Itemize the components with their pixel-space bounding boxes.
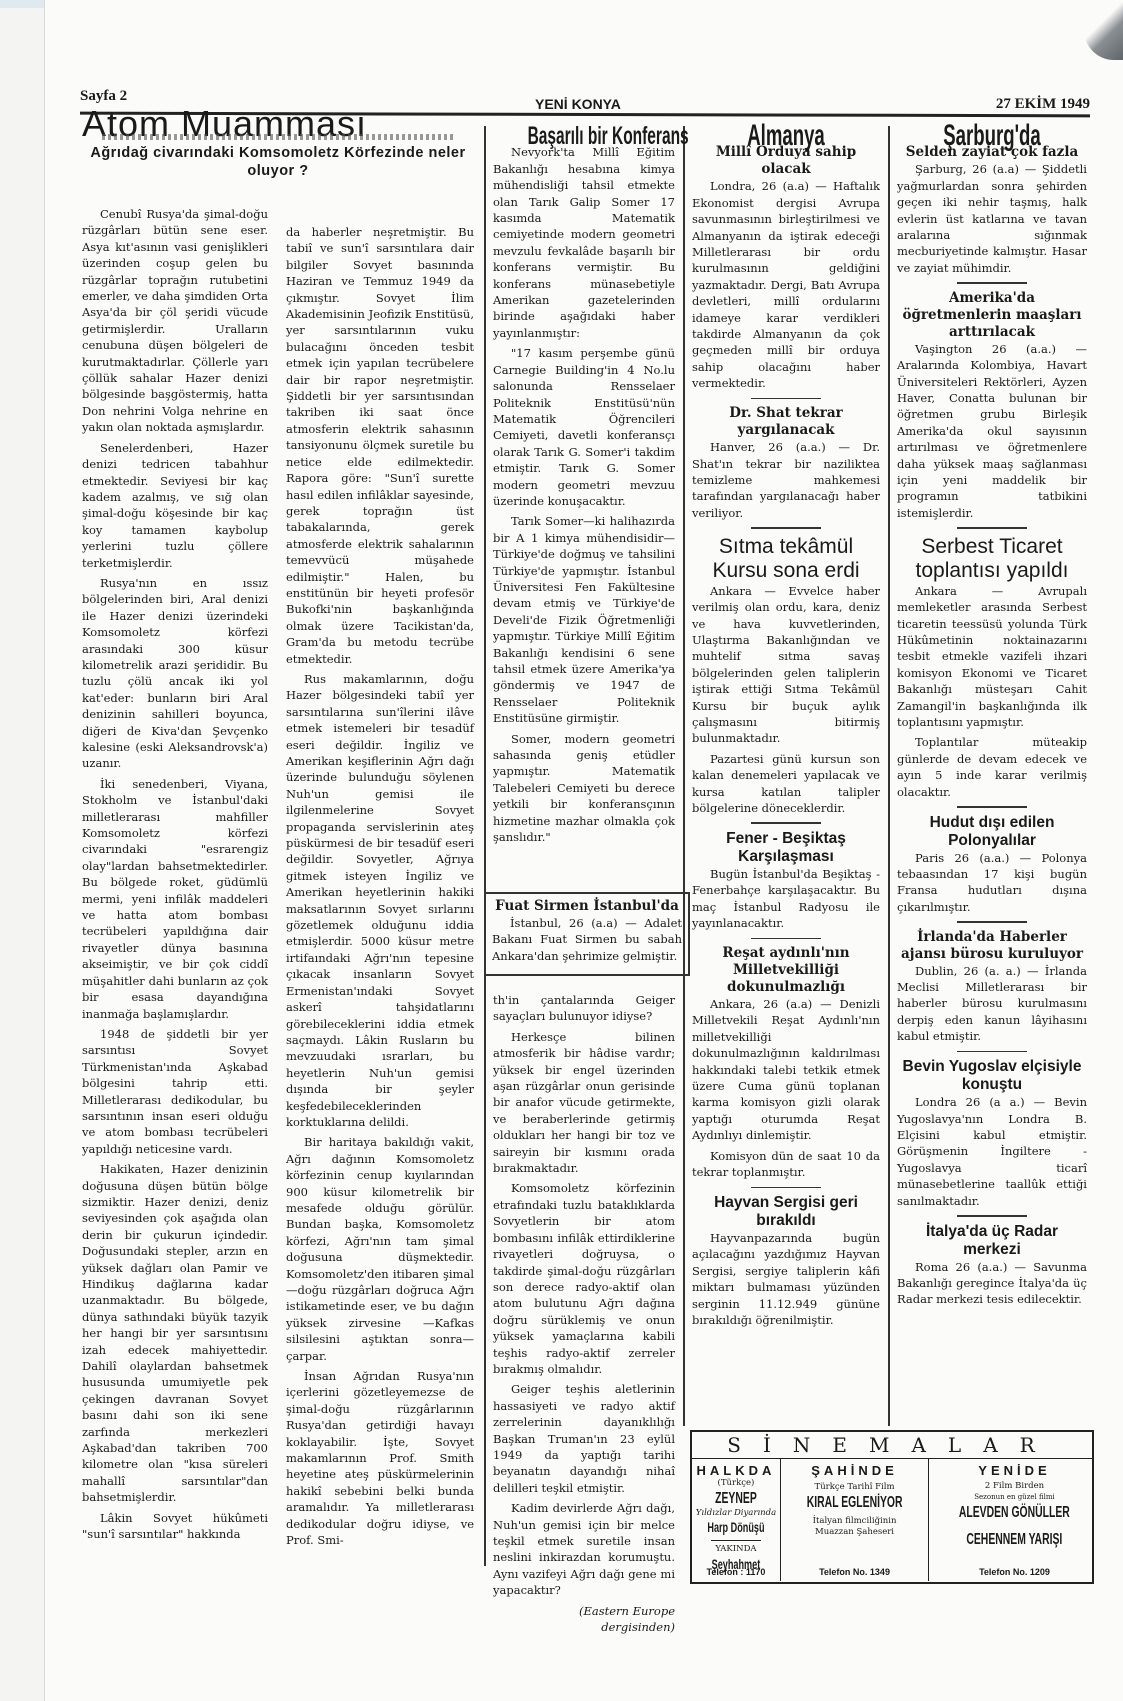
film-title: KIRAL EGLENİYOR <box>807 1493 903 1512</box>
paragraph: Rus makamlarının, doğu Hazer bölgesindek… <box>286 671 474 1130</box>
column-divider <box>683 126 685 1426</box>
paragraph: 1948 de şiddetli bir yer sarsıntısı Sovy… <box>82 1026 268 1157</box>
page-curl-shadow <box>1084 0 1123 60</box>
paragraph: Cenubî Rusya'da şimal-doğu rüzgârları bü… <box>82 206 268 436</box>
paragraph: da haberler neşretmiştir. Bu tabiî ve su… <box>286 224 474 667</box>
paragraph: Ankara — Avrupalı memleketler arasında S… <box>897 583 1087 731</box>
separator <box>711 1540 761 1541</box>
film-title: Harp Dönüşü <box>707 1518 764 1537</box>
film-promo: 2 Film Birden <box>929 1481 1100 1492</box>
atom-article-header: Atom Muamması Ağrıdağ civarındaki Komsom… <box>82 116 474 180</box>
cinema-phone: Telefon No. 1209 <box>929 1567 1100 1577</box>
separator <box>957 527 1027 529</box>
paragraph: Komsomoletz körfezinin etrafındaki tuzlu… <box>493 1180 675 1377</box>
atom-column-1: Cenubî Rusya'da şimal-doğu rüzgârları bü… <box>82 206 268 1547</box>
paragraph: Ankara, 26 (a.a) — Denizli Milletvekili … <box>692 996 880 1144</box>
sirmen-article: Fuat Sirmen İstanbul'da İstanbul, 26 (a.… <box>486 892 690 976</box>
separator <box>751 527 821 529</box>
serbest-title: Serbest Ticaret toplantısı yapıldı <box>897 535 1087 583</box>
cinema-sahin: ŞAHİNDE Türkçe Tarihî Film KIRAL EGLENİY… <box>781 1459 929 1581</box>
paragraph: Roma 26 (a.a.) — Savunma Bakanlığı gereg… <box>897 1259 1087 1308</box>
film-description: İtalyan filmciliğinin <box>781 1516 928 1527</box>
paragraph: th'in çantalarında Geiger sayaçları bulu… <box>493 992 675 1025</box>
film-tagline: Yıldızlar Diyarında <box>692 1508 780 1518</box>
paragraph: Geiger teşhis aletlerinin hassasiyeti ve… <box>493 1381 675 1496</box>
paragraph: Nevyork'ta Millî Eğitim Bakanlığı hesabı… <box>493 144 675 341</box>
paragraph: Londra 26 (a a.) — Bevin Yugoslavya'nın … <box>897 1094 1087 1209</box>
paragraph: Lâkin Sovyet hükûmeti "sun'î sarsıntılar… <box>82 1510 268 1543</box>
issue-date: 27 EKİM 1949 <box>996 96 1090 113</box>
cinema-name: YENİDE <box>929 1463 1100 1478</box>
atom-source: (Eastern Europe dergisinden) <box>493 1603 675 1636</box>
paper-name: YENİ KONYA <box>535 96 621 112</box>
film-title: ALEVDEN GÖNÜLLER <box>959 1503 1070 1522</box>
cinema-phone: Telefon : 1170 <box>692 1567 780 1577</box>
paragraph: Bir haritaya bakıldığı vakit, Ağrı dağın… <box>286 1134 474 1364</box>
sirmen-title: Fuat Sirmen İstanbul'da <box>492 898 682 915</box>
sitma-title: Sıtma tekâmül Kursu sona erdi <box>692 535 880 583</box>
separator <box>957 806 1027 808</box>
paragraph: Kadim devirlerde Ağrı dağı, Nuh'un gemis… <box>493 1500 675 1598</box>
paragraph: Bugün İstanbul'da Beşiktaş - Fenerbahçe … <box>692 866 880 932</box>
paragraph: Vaşington 26 (a.a.) — Aralarında Kolombi… <box>897 341 1087 521</box>
paragraph: Senelerdenberi, Hazer denizi tedricen ta… <box>82 440 268 571</box>
paragraph: Herkesçe bilinen atmosferik bir hâdise v… <box>493 1029 675 1177</box>
paragraph: Hanver, 26 (a.a.) — Dr. Shat'ın tekrar b… <box>692 439 880 521</box>
separator <box>751 1187 821 1189</box>
paragraph: Pazartesi günü kursun son kalan denemele… <box>692 751 880 817</box>
cinema-yeni: YENİDE 2 Film Birden Sezonun en güzel fi… <box>929 1459 1100 1581</box>
film-title: ZEYNEP <box>707 1489 764 1508</box>
shat-title: Dr. Shat tekrar yargılanacak <box>692 405 880 439</box>
konferans-article: Başarılı bir Konferans Nevyork'ta Millî … <box>493 126 675 849</box>
konferans-title: Başarılı bir Konferans <box>528 128 641 144</box>
paragraph: "17 kasım perşembe günü Carnegie Buildin… <box>493 345 675 509</box>
almanya-title: Almanya <box>728 128 845 144</box>
paragraph: Hayvanpazarında bugün açılacağını yazdığ… <box>692 1230 880 1328</box>
atom-subtitle: Ağrıdağ civarındaki Komsomoletz Körfezin… <box>82 144 474 180</box>
irlanda-title: İrlanda'da Haberler ajansı bürosu kurulu… <box>897 929 1087 963</box>
fener-title: Fener - Beşiktaş Karşılaşması <box>692 830 880 866</box>
separator <box>751 398 821 400</box>
column-divider <box>484 126 486 1566</box>
news-column-4: Almanya Millî Orduya sahip olacak Londra… <box>692 126 880 1332</box>
sarburg-title: Şarburg'da <box>933 128 1051 144</box>
atom-title: Atom Muamması <box>82 116 474 132</box>
cinema-halk: HALKDA (Türkçe) ZEYNEP Yıldızlar Diyarın… <box>692 1459 781 1581</box>
paragraph: İnsan Ağrıdan Rusya'nın içerlerini gözet… <box>286 1368 474 1548</box>
coming-soon-label: YAKINDA <box>692 1544 780 1555</box>
decorative-wavy-rule <box>102 134 454 140</box>
film-title: CEHENNEM YARIŞI <box>959 1530 1070 1549</box>
separator <box>957 1051 1027 1053</box>
paragraph: Hakikaten, Hazer denizinin doğusuna düşe… <box>82 1161 268 1506</box>
paragraph: İki senedenberi, Viyana, Stokholm ve İst… <box>82 776 268 1022</box>
italya-title: İtalya'da üç Radar merkezi <box>897 1223 1087 1259</box>
separator <box>957 1215 1027 1217</box>
column-divider <box>888 126 890 1426</box>
separator <box>957 282 1027 284</box>
film-promo: Sezonun en güzel filmi <box>929 1492 1100 1503</box>
paragraph: Tarık Somer—ki halihazırda bir A 1 kimya… <box>493 513 675 726</box>
paragraph: Dublin, 26 (a. a.) — İrlanda Meclisi Mil… <box>897 963 1087 1045</box>
separator <box>957 921 1027 923</box>
separator <box>751 822 821 824</box>
resat-title: Reşat aydınlı'nın Milletvekilliği dokunu… <box>692 945 880 996</box>
paragraph: Londra, 26 (a.a) — Haftalık Ekonomist de… <box>692 178 880 391</box>
bevin-title: Bevin Yugoslav elçisiyle konuştu <box>897 1058 1087 1094</box>
paragraph: Paris 26 (a.a.) — Polonya tebaasından 17… <box>897 850 1087 916</box>
paragraph: Ankara — Evvelce haber verilmiş olan ord… <box>692 583 880 747</box>
film-genre: Türkçe Tarihî Film <box>781 1482 928 1493</box>
cinema-phone: Telefon No. 1349 <box>781 1567 928 1577</box>
cinema-name: HALKDA <box>692 1463 780 1478</box>
atom-column-2: da haberler neşretmiştir. Bu tabiî ve su… <box>286 224 474 1553</box>
film-language: (Türkçe) <box>692 1478 780 1489</box>
separator <box>751 938 821 940</box>
cinema-box-title: SİNEMALAR <box>692 1432 1092 1459</box>
paragraph: Şarburg, 26 (a.a) — Şiddetli yağmurlarda… <box>897 161 1087 276</box>
hudut-title: Hudut dışı edilen Polonyalılar <box>897 814 1087 850</box>
atom-continuation: th'in çantalarında Geiger sayaçları bulu… <box>493 992 675 1639</box>
cinema-name: ŞAHİNDE <box>781 1463 928 1478</box>
film-description: Muazzan Şaheseri <box>781 1527 928 1538</box>
paragraph: Somer, modern geometri sahasında geniş e… <box>493 731 675 846</box>
paragraph: Komisyon dün de saat 10 da tekrar toplan… <box>692 1148 880 1181</box>
cinema-listings-box: SİNEMALAR HALKDA (Türkçe) ZEYNEP Yıldızl… <box>690 1430 1094 1584</box>
paragraph: İstanbul, 26 (a.a) — Adalet Bakanı Fuat … <box>492 915 682 964</box>
paragraph: Toplantılar müteakip günlerde de devam e… <box>897 734 1087 800</box>
paragraph: Rusya'nın en ıssız bölgelerinden biri, A… <box>82 575 268 772</box>
amerika-title: Amerika'da öğretmenlerin maaşları arttır… <box>897 290 1087 341</box>
hayvan-title: Hayvan Sergisi geri bırakıldı <box>692 1194 880 1230</box>
news-column-5: Şarburg'da Selden zayiat çok fazla Şarbu… <box>897 126 1087 1312</box>
